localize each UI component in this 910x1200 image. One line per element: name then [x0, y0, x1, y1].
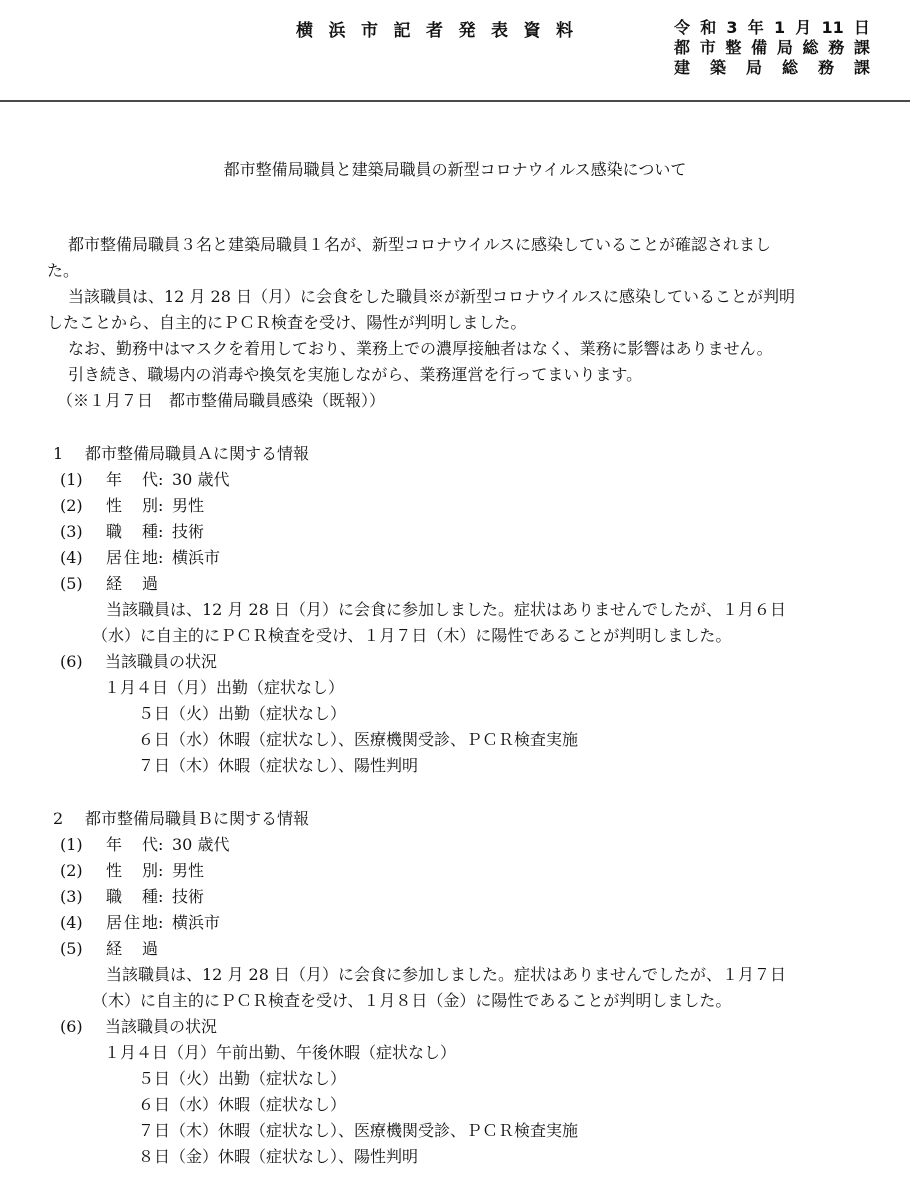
- info-value: 30 歳代: [172, 470, 229, 490]
- status-entry: ７日（木）休暇（症状なし）、医療機関受診、ＰＣＲ検査実施: [138, 1121, 578, 1141]
- info-value: 男性: [172, 861, 204, 881]
- status-heading: 当該職員の状況: [105, 1017, 217, 1037]
- status-entry: １月４日（月）午前出勤、午後休暇（症状なし）: [104, 1043, 456, 1063]
- status-number: (6): [60, 652, 83, 672]
- info-label: 年代: [106, 835, 158, 855]
- status-entry: １月４日（月）出勤（症状なし）: [104, 678, 344, 698]
- info-label: 職種: [106, 522, 158, 542]
- progress-text: （水）に自主的にＰＣＲ検査を受け、１月７日（木）に陽性であることが判明しました。: [92, 626, 731, 646]
- status-entry: ７日（木）休暇（症状なし）、陽性判明: [138, 756, 418, 776]
- section-number: 2: [53, 809, 63, 829]
- section-number: 1: [53, 444, 63, 464]
- info-label: 年代: [106, 470, 158, 490]
- status-entry: ６日（水）休暇（症状なし）、医療機関受診、ＰＣＲ検査実施: [138, 730, 578, 750]
- release-date: 令 和 3 年 1 月 11 日: [674, 18, 870, 38]
- info-label: 性別: [106, 861, 158, 881]
- progress-text: 当該職員は、12 月 28 日（月）に会食に参加しました。症状はありませんでした…: [106, 965, 837, 985]
- progress-text: （木）に自主的にＰＣＲ検査を受け、１月８日（金）に陽性であることが判明しました。: [92, 991, 731, 1011]
- info-value: 横浜市: [172, 548, 220, 568]
- status-entry: ５日（火）出勤（症状なし）: [138, 704, 346, 724]
- intro-line: 当該職員は、12 月 28 日（月）に会食をした職員※が新型コロナウイルスに感染…: [68, 287, 837, 307]
- info-label: 性別: [106, 496, 158, 516]
- header-issuer-block: 令 和 3 年 1 月 11 日 都 市 整 備 局 総 務 課 建 築 局 総…: [674, 18, 870, 78]
- issuing-department-1: 都 市 整 備 局 総 務 課: [674, 38, 870, 58]
- intro-line: た。: [47, 261, 79, 281]
- info-value: 技術: [172, 887, 204, 907]
- intro-line: したことから、自主的にＰＣＲ検査を受け、陽性が判明しました。: [47, 313, 526, 333]
- info-value: 30 歳代: [172, 835, 229, 855]
- info-value: 横浜市: [172, 913, 220, 933]
- document-title: 都市整備局職員と建築局職員の新型コロナウイルス感染について: [0, 157, 910, 180]
- progress-text: 当該職員は、12 月 28 日（月）に会食に参加しました。症状はありませんでした…: [106, 600, 837, 620]
- status-number: (6): [60, 1017, 83, 1037]
- info-value: 技術: [172, 522, 204, 542]
- press-release-title: 横浜市記者発表資料: [296, 16, 589, 41]
- info-label: 経過: [106, 939, 158, 959]
- intro-line: 引き続き、職場内の消毒や換気を実施しながら、業務運営を行ってまいります。: [68, 365, 642, 385]
- intro-line: なお、勤務中はマスクを着用しており、業務上での濃厚接触者はなく、業務に影響はあり…: [68, 339, 773, 359]
- issuing-department-2: 建 築 局 総 務 課: [674, 58, 870, 78]
- info-label: 居住地: [106, 548, 158, 568]
- info-label: 職種: [106, 887, 158, 907]
- press-release-header: 横浜市記者発表資料 令 和 3 年 1 月 11 日 都 市 整 備 局 総 務…: [0, 0, 910, 102]
- info-value: 男性: [172, 496, 204, 516]
- header-divider: [0, 100, 910, 102]
- status-entry: ６日（水）休暇（症状なし）: [138, 1095, 346, 1115]
- status-heading: 当該職員の状況: [105, 652, 217, 672]
- status-entry: ８日（金）休暇（症状なし）、陽性判明: [138, 1147, 418, 1167]
- intro-line: 都市整備局職員３名と建築局職員１名が、新型コロナウイルスに感染していることが確認…: [68, 235, 837, 255]
- section-heading: 都市整備局職員Ａに関する情報: [85, 444, 309, 464]
- status-entry: ５日（火）出勤（症状なし）: [138, 1069, 346, 1089]
- info-label: 経過: [106, 574, 158, 594]
- section-heading: 都市整備局職員Ｂに関する情報: [85, 809, 309, 829]
- intro-note: （※１月７日 都市整備局職員感染（既報））: [57, 391, 385, 411]
- info-label: 居住地: [106, 913, 158, 933]
